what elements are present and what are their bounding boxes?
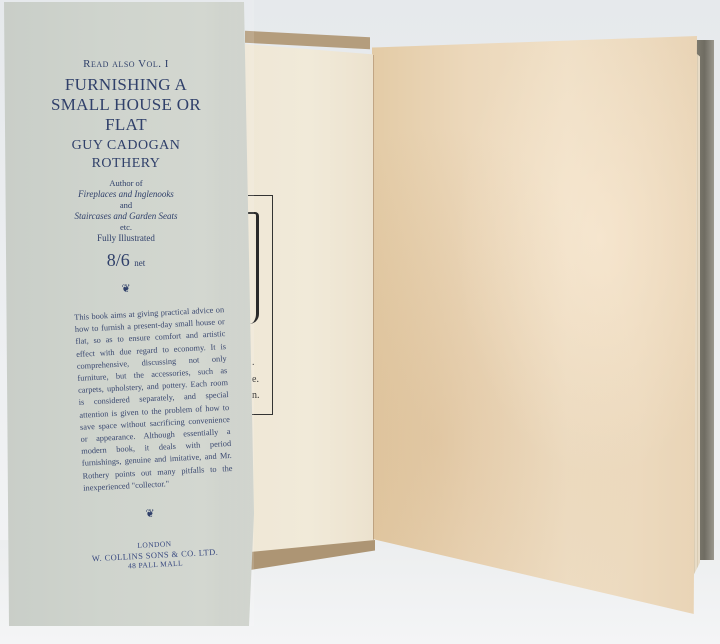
- conjunction: and: [16, 200, 236, 211]
- leaf-ornament-icon: ❦: [16, 282, 236, 295]
- price-value: 8/6: [107, 250, 130, 270]
- illustrated-note: Fully Illustrated: [16, 233, 236, 243]
- read-also-line: Read also Vol. I: [16, 58, 236, 70]
- author-line: GUY CADOGAN: [16, 137, 236, 155]
- blurb-text: This book aims at giving practical advic…: [74, 304, 233, 495]
- right-endpaper: [372, 36, 697, 614]
- title-line: FURNISHING A: [16, 75, 236, 95]
- other-works: Author of Fireplaces and Inglenooks and …: [16, 178, 236, 233]
- other-work: Staircases and Garden Seats: [74, 211, 177, 221]
- etc: etc.: [16, 222, 236, 233]
- author-line: ROTHERY: [16, 155, 236, 173]
- advertised-title: FURNISHING A SMALL HOUSE OR FLAT: [16, 75, 236, 135]
- leaf-ornament-icon: ❦: [40, 507, 260, 520]
- title-line: FLAT: [16, 115, 236, 135]
- title-line: SMALL HOUSE OR: [16, 95, 236, 115]
- other-work: Fireplaces and Inglenooks: [78, 189, 174, 199]
- price-suffix: net: [134, 258, 145, 268]
- author-name: GUY CADOGAN ROTHERY: [16, 137, 236, 173]
- price: 8/6 net: [16, 250, 236, 271]
- book-photo: . e. n. Read also Vol. I FURNISHING A SM…: [0, 0, 720, 644]
- author-of-label: Author of: [16, 178, 236, 189]
